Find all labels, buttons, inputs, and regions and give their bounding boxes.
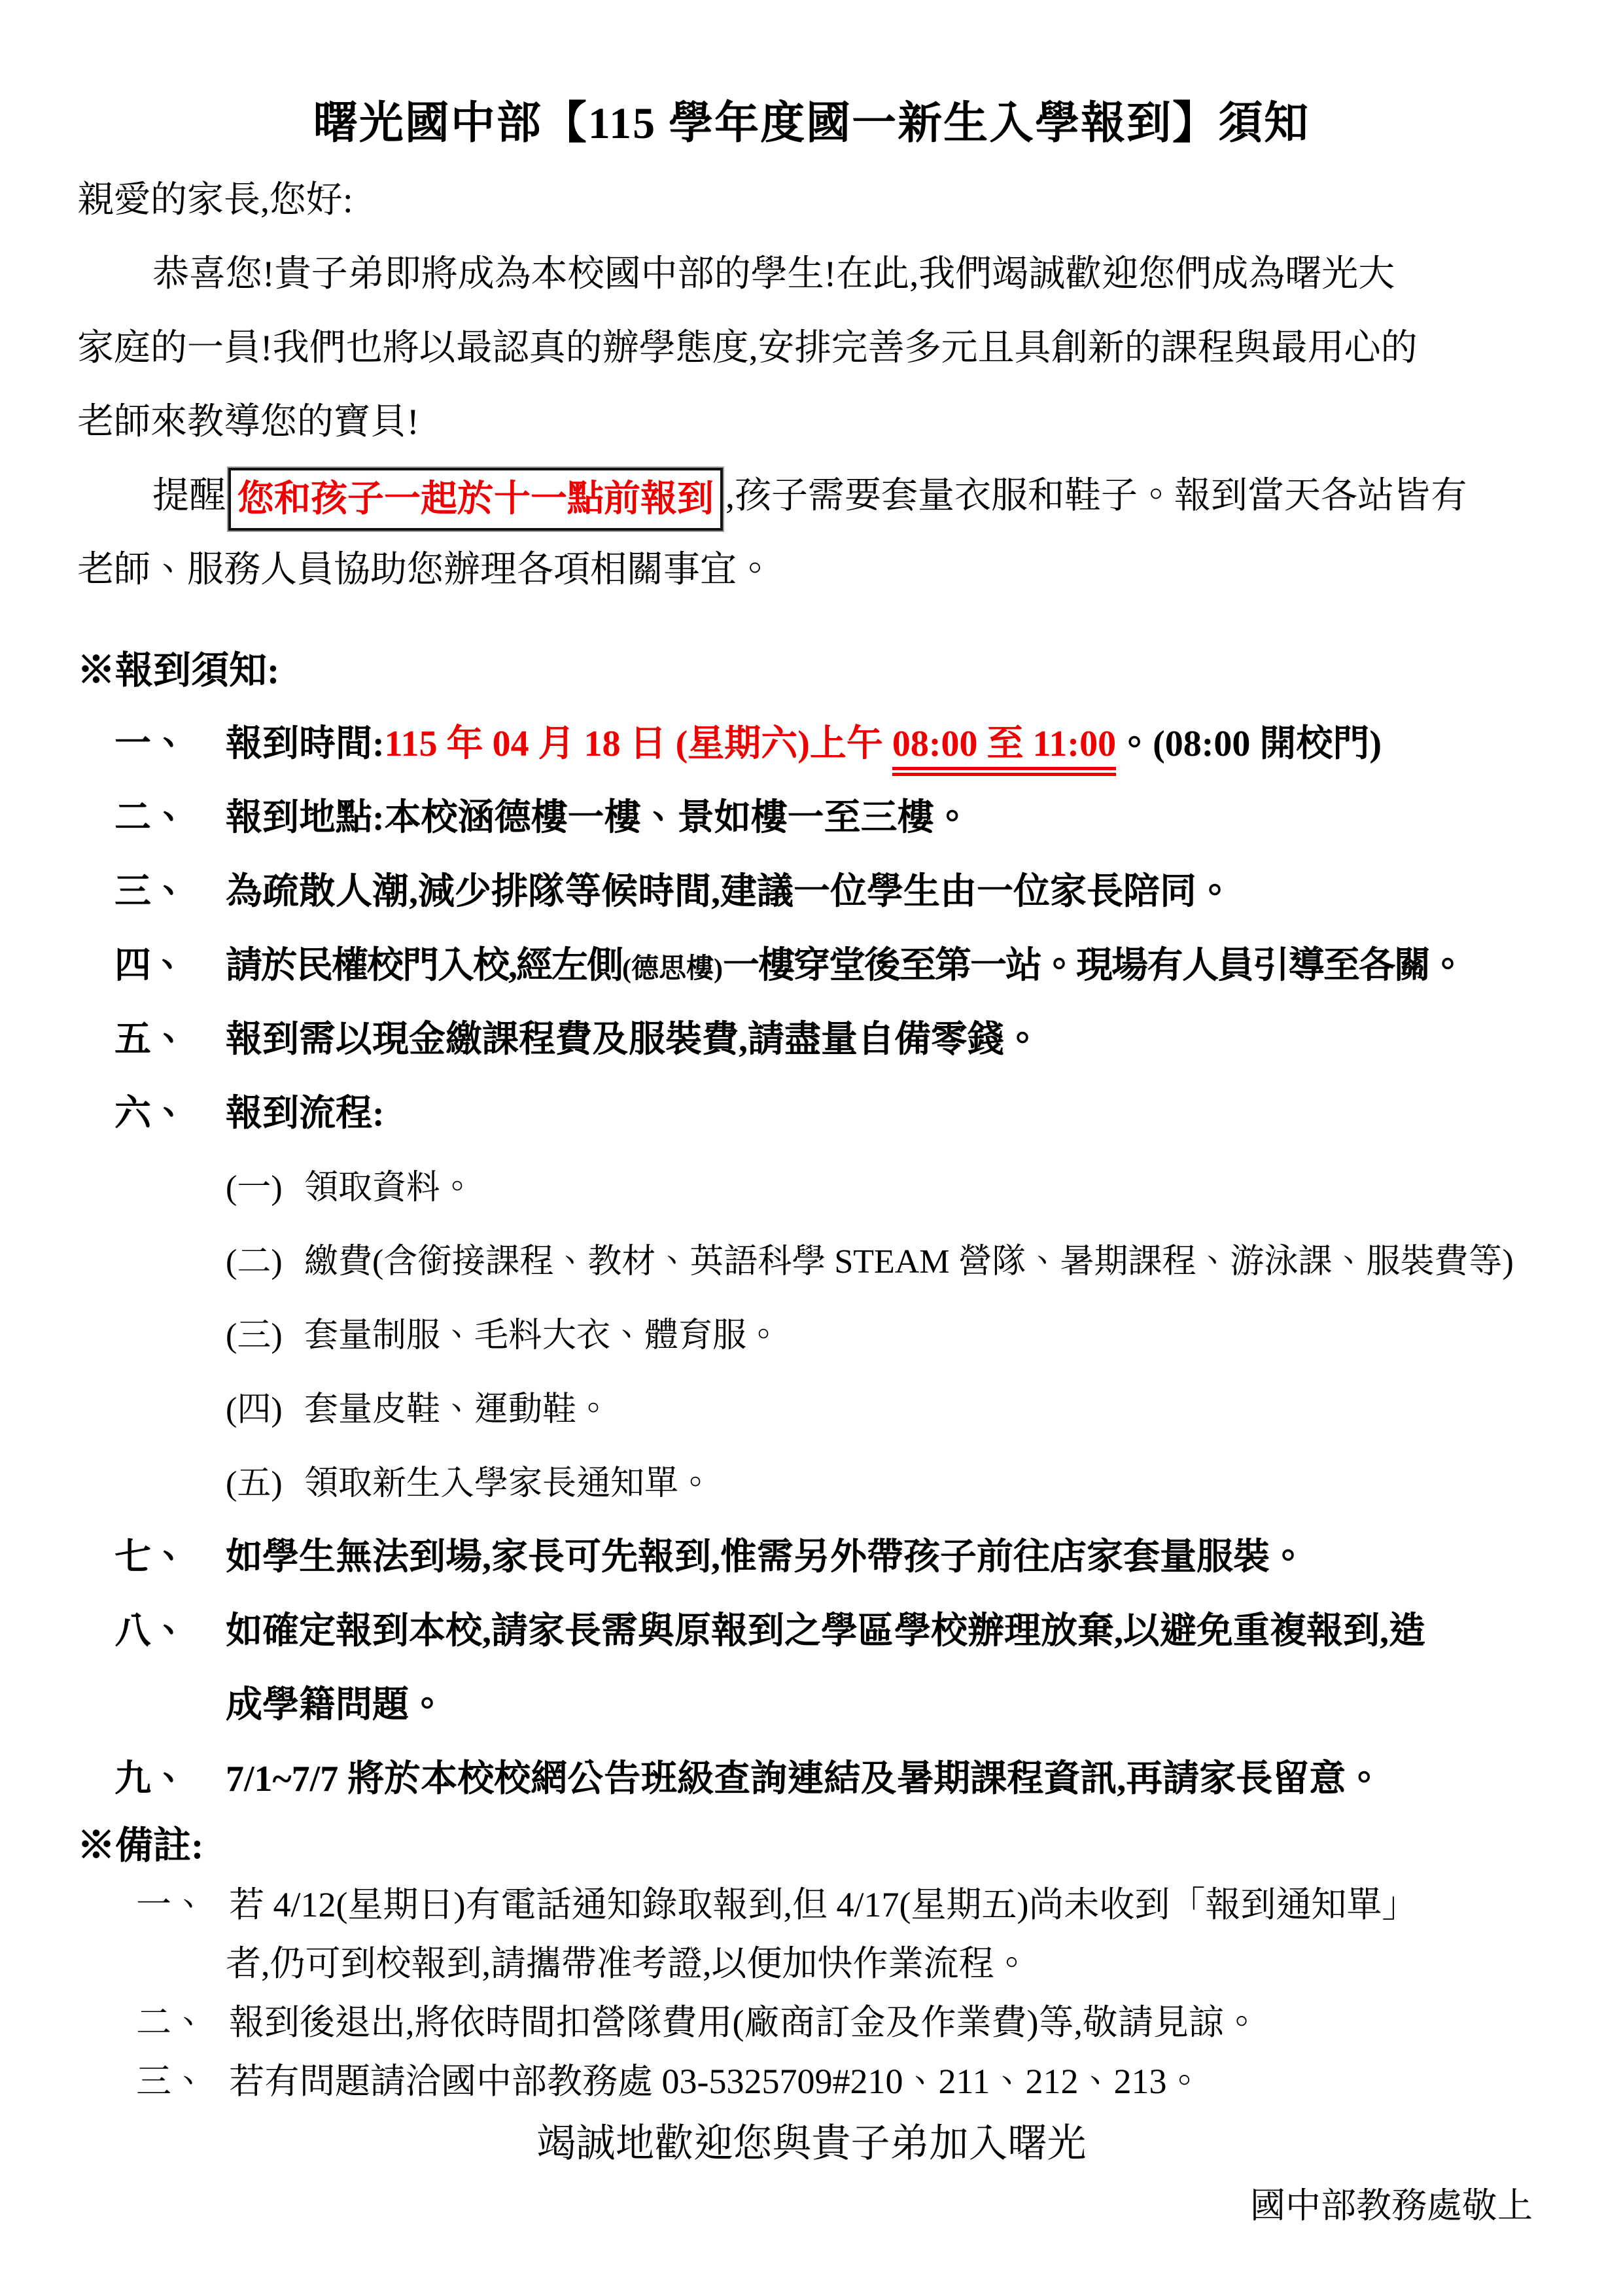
signature-line: 國中部教務處敬上 (77, 2176, 1546, 2235)
procedure-step-5: (五)領取新生入學家長通知單。 (226, 1447, 1546, 1521)
intro-line-2: 家庭的一員!我們也將以最認真的辦學態度,安排完善多元且具創新的課程與最用心的 (77, 311, 1546, 385)
step-1-text: 領取資料。 (304, 1169, 474, 1207)
note-1-number: 一、 (136, 1875, 229, 1934)
reminder-suffix: ,孩子需要套量衣服和鞋子。報到當天各站皆有 (725, 476, 1467, 516)
step-5-number: (五) (226, 1447, 304, 1521)
note-1: 一、若 4/12(星期日)有電話通知錄取報到,但 4/17(星期五)尚未收到「報… (136, 1875, 1546, 1934)
step-5-text: 領取新生入學家長通知單。 (304, 1465, 712, 1502)
note-3-text: 若有問題請洽國中部教務處 03-5325709#210、211、212、213。 (229, 2062, 1202, 2101)
item-1-tail: 。(08:00 開校門) (1116, 724, 1382, 764)
item-1-number: 一、 (114, 707, 226, 781)
step-1-number: (一) (226, 1151, 304, 1225)
step-2-number: (二) (226, 1225, 304, 1299)
item-1-time-underlined: 08:00 至 11:00 (892, 724, 1116, 776)
notice-item-9: 九、7/1~7/7 將於本校校網公告班級查詢連結及暑期課程資訊,再請家長留意。 (114, 1742, 1546, 1816)
item-1-date-red: 115 年 04 月 18 日 (星期六)上午 (385, 724, 892, 764)
item-7-number: 七、 (114, 1521, 226, 1595)
item-9-text: 7/1~7/7 將於本校校網公告班級查詢連結及暑期課程資訊,再請家長留意。 (226, 1759, 1382, 1799)
note-3-number: 三、 (136, 2052, 229, 2111)
item-6-number: 六、 (114, 1077, 226, 1151)
notice-item-4: 四、請於民權校門入校,經左側(德思樓)一樓穿堂後至第一站。現場有人員引導至各關。 (114, 929, 1546, 1003)
item-5-text: 報到需以現金繳課程費及服裝費,請盡量自備零錢。 (226, 1019, 1041, 1060)
reminder-line: 提醒您和孩子一起於十一點前報到,孩子需要套量衣服和鞋子。報到當天各站皆有 (77, 459, 1546, 533)
item-1-label: 報到時間: (226, 724, 385, 764)
reminder-highlight-text: 您和孩子一起於十一點前報到 (237, 479, 714, 520)
note-3: 三、若有問題請洽國中部教務處 03-5325709#210、211、212、21… (136, 2052, 1546, 2111)
procedure-step-3: (三)套量制服、毛料大衣、體育服。 (226, 1299, 1546, 1373)
note-1-text-line-1: 若 4/12(星期日)有電話通知錄取報到,但 4/17(星期五)尚未收到「報到通… (229, 1885, 1417, 1924)
item-4-text-pre: 請於民權校門入校,經左側 (226, 945, 622, 986)
page-title: 曙光國中部【115 學年度國一新生入學報到】須知 (77, 82, 1546, 164)
reminder-prefix: 提醒 (152, 476, 226, 516)
notice-section-header: ※報到須知: (77, 633, 1546, 707)
intro-line-1: 恭喜您!貴子弟即將成為本校國中部的學生!在此,我們竭誠歡迎您們成為曙光大 (77, 238, 1546, 311)
notice-item-7: 七、如學生無法到場,家長可先報到,惟需另外帶孩子前往店家套量服裝。 (114, 1521, 1546, 1595)
item-5-number: 五、 (114, 1003, 226, 1077)
notice-item-5: 五、報到需以現金繳課程費及服裝費,請盡量自備零錢。 (114, 1003, 1546, 1077)
notice-item-6: 六、報到流程: (114, 1077, 1546, 1151)
reminder-highlight-box: 您和孩子一起於十一點前報到 (228, 468, 723, 531)
item-2-text: 報到地點:本校涵德樓一樓、景如樓一至三樓。 (226, 798, 971, 838)
notice-item-8-continuation: 成學籍問題。 (226, 1669, 1546, 1742)
item-4-building-note: (德思樓) (622, 954, 723, 984)
step-3-text: 套量制服、毛料大衣、體育服。 (304, 1317, 780, 1354)
step-2-text: 繳費(含銜接課程、教材、英語科學 STEAM 營隊、暑期課程、游泳課、服裝費等) (304, 1243, 1514, 1280)
procedure-step-4: (四)套量皮鞋、運動鞋。 (226, 1373, 1546, 1447)
procedure-step-1: (一)領取資料。 (226, 1151, 1546, 1225)
closing-welcome-line: 竭誠地歡迎您與貴子弟加入曙光 (77, 2111, 1546, 2176)
item-9-number: 九、 (114, 1742, 226, 1816)
notes-section-header: ※備註: (77, 1816, 1546, 1875)
item-3-number: 三、 (114, 855, 226, 929)
step-4-number: (四) (226, 1373, 304, 1447)
procedure-step-2: (二)繳費(含銜接課程、教材、英語科學 STEAM 營隊、暑期課程、游泳課、服裝… (226, 1225, 1546, 1299)
notice-item-1: 一、報到時間:115 年 04 月 18 日 (星期六)上午 08:00 至 1… (114, 707, 1546, 781)
item-4-number: 四、 (114, 929, 226, 1003)
note-2: 二、報到後退出,將依時間扣營隊費用(廠商訂金及作業費)等,敬請見諒。 (136, 1993, 1546, 2052)
item-8-number: 八、 (114, 1595, 226, 1669)
item-3-text: 為疏散人潮,減少排隊等候時間,建議一位學生由一位家長陪同。 (226, 872, 1233, 912)
note-2-number: 二、 (136, 1993, 229, 2052)
notice-item-3: 三、為疏散人潮,減少排隊等候時間,建議一位學生由一位家長陪同。 (114, 855, 1546, 929)
note-1-continuation: 者,仍可到校報到,請攜帶准考證,以便加快作業流程。 (226, 1934, 1546, 1993)
step-3-number: (三) (226, 1299, 304, 1373)
item-8-text-line-1: 如確定報到本校,請家長需與原報到之學區學校辦理放棄,以避免重複報到,造 (226, 1611, 1425, 1651)
item-2-number: 二、 (114, 781, 226, 855)
notice-item-2: 二、報到地點:本校涵德樓一樓、景如樓一至三樓。 (114, 781, 1546, 855)
item-7-text: 如學生無法到場,家長可先報到,惟需另外帶孩子前往店家套量服裝。 (226, 1537, 1306, 1578)
intro-line-3: 老師來教導您的寶貝! (77, 385, 1546, 459)
notice-item-8: 八、如確定報到本校,請家長需與原報到之學區學校辦理放棄,以避免重複報到,造 (114, 1595, 1546, 1669)
item-4-text-post: 一樓穿堂後至第一站。現場有人員引導至各關。 (723, 945, 1465, 986)
step-4-text: 套量皮鞋、運動鞋。 (304, 1391, 610, 1428)
item-6-text: 報到流程: (226, 1093, 385, 1134)
greeting-line: 親愛的家長,您好: (77, 164, 1546, 238)
reminder-line-2: 老師、服務人員協助您辦理各項相關事宜。 (77, 533, 1546, 607)
notice-document-page: 曙光國中部【115 學年度國一新生入學報到】須知 親愛的家長,您好: 恭喜您!貴… (0, 0, 1623, 2296)
note-2-text: 報到後退出,將依時間扣營隊費用(廠商訂金及作業費)等,敬請見諒。 (229, 2003, 1259, 2042)
